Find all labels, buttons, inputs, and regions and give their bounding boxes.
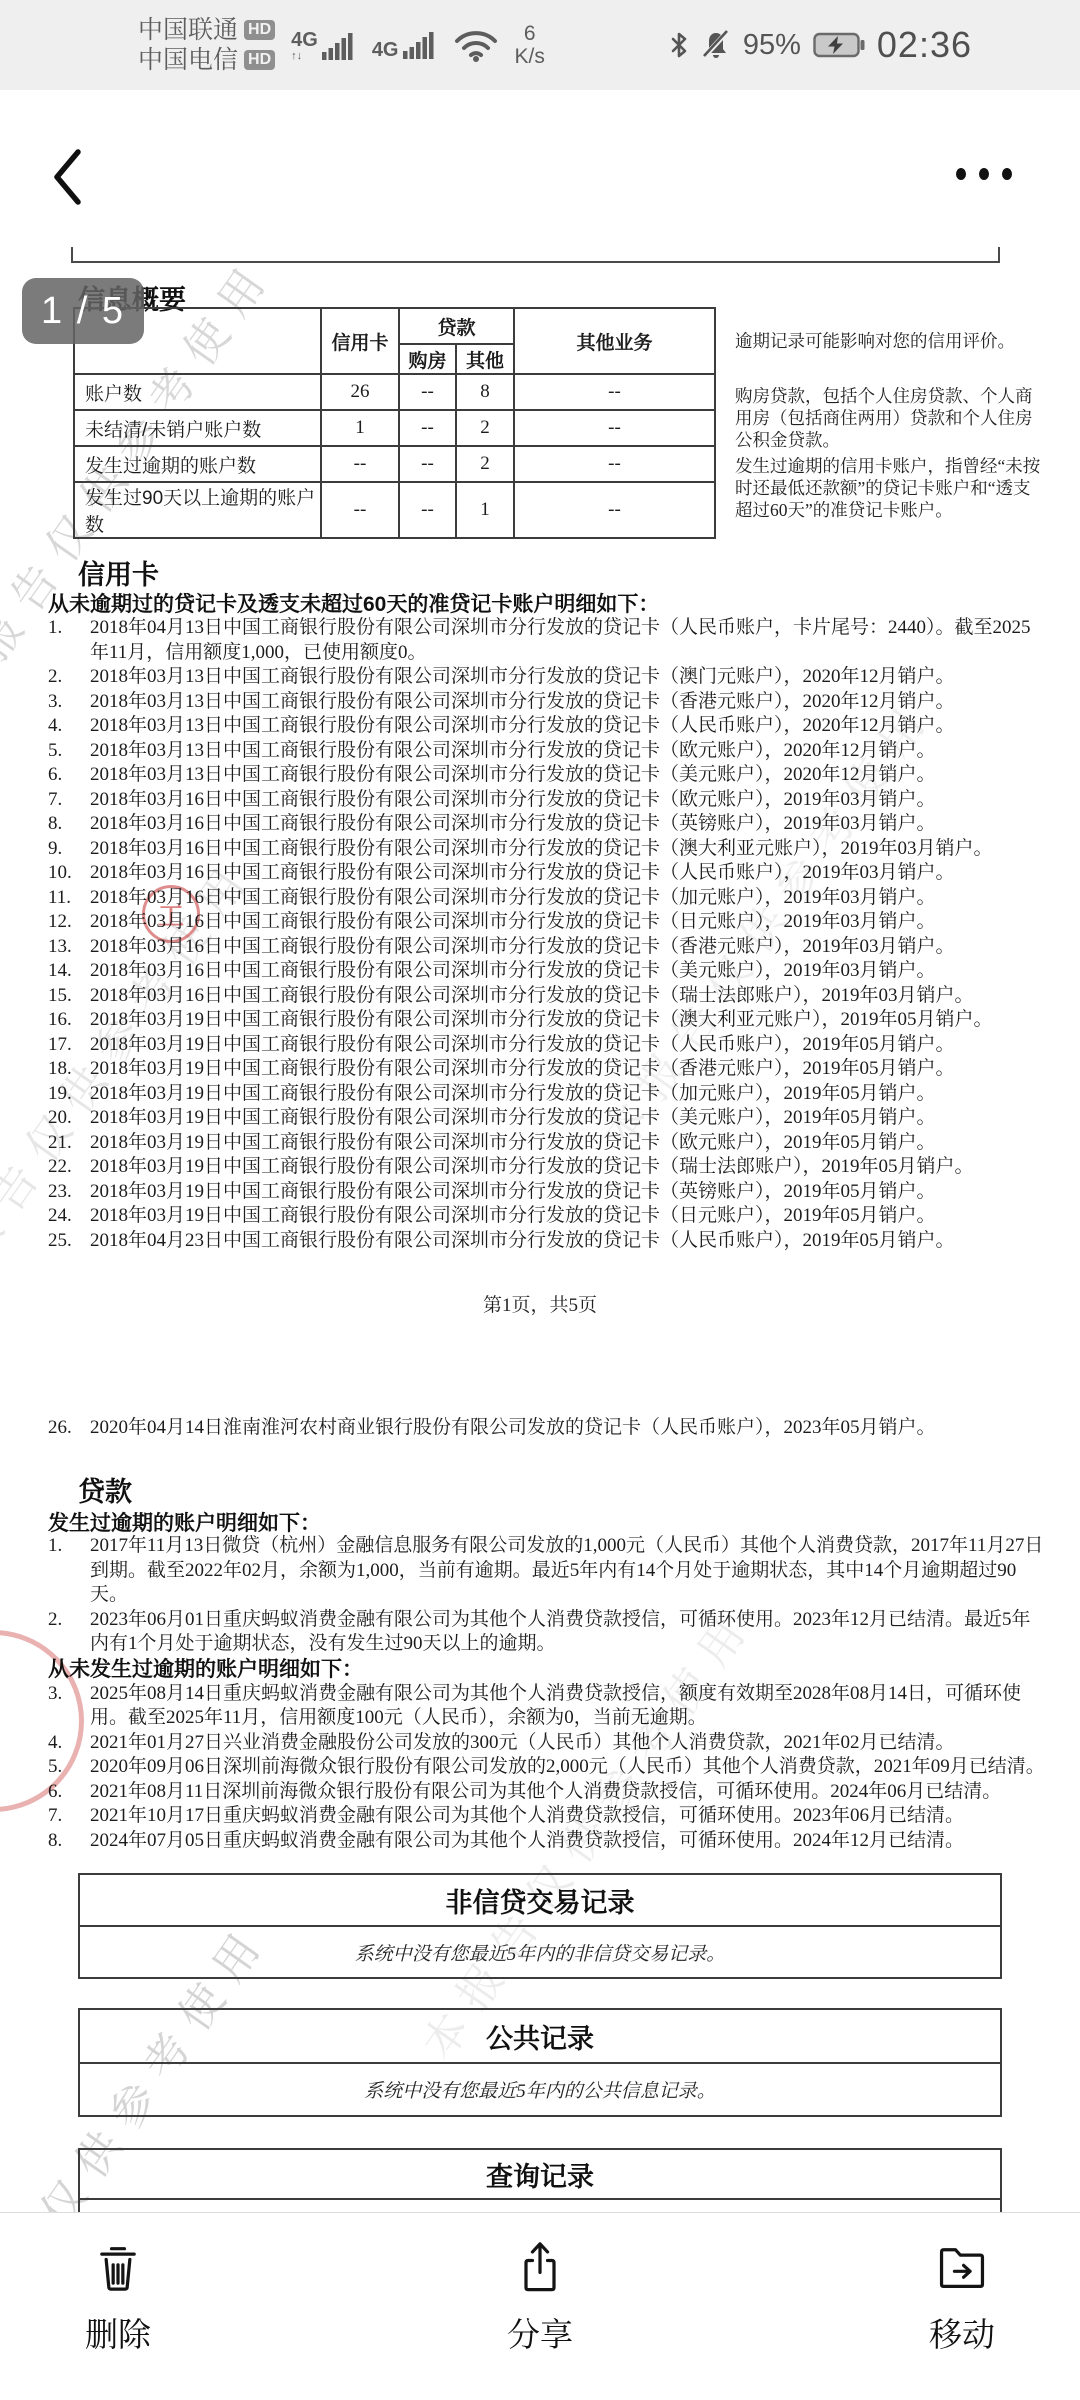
item-text: 2018年03月19日中国工商银行股份有限公司深圳市分行发放的贷记卡（欧元账户）…: [90, 1132, 936, 1153]
box-body: 系统中没有您最近5年内的公共信息记录。: [80, 2064, 1000, 2115]
signal-bars-icon: [403, 30, 437, 60]
credit-card-account-item: 22. 2018年03月19日中国工商银行股份有限公司深圳市分行发放的贷记卡（瑞…: [48, 1155, 1048, 1180]
item-number: 5.: [48, 1755, 62, 1780]
credit-card-account-item: 18. 2018年03月19日中国工商银行股份有限公司深圳市分行发放的贷记卡（香…: [48, 1057, 1048, 1082]
summary-table-row: 未结清/未销户账户数 1 -- 2 --: [74, 410, 715, 446]
delete-label: 删除: [85, 2309, 151, 2356]
page-indicator-badge: 1 / 5: [22, 278, 144, 344]
section-title-loan: 贷款: [78, 1470, 132, 1509]
loan-house-value: --: [399, 482, 456, 538]
status-clock: 02:36: [877, 24, 972, 66]
status-bar: 中国联通 HD 中国电信 HD 4G ↑↓ 4G: [0, 0, 1080, 90]
credit-card-value: --: [321, 482, 399, 538]
item-number: 19.: [48, 1082, 72, 1107]
share-button[interactable]: 分享: [475, 2213, 605, 2400]
item-text: 2020年04月14日淮南淮河农村商业银行股份有限公司发放的贷记卡（人民币账户）…: [90, 1417, 936, 1438]
item-text: 2018年03月16日中国工商银行股份有限公司深圳市分行发放的贷记卡（美元账户）…: [90, 960, 936, 981]
summary-note: 发生过逾期的信用卡账户，指曾经“未按时还最低还款额”的贷记卡账户和“透支超过60…: [735, 455, 1047, 521]
carrier-1: 中国联通: [138, 16, 238, 44]
carrier-labels: 中国联通 HD 中国电信 HD: [138, 16, 275, 74]
credit-card-account-list: 1. 2018年04月13日中国工商银行股份有限公司深圳市分行发放的贷记卡（人民…: [48, 616, 1048, 1253]
item-number: 8.: [48, 1829, 62, 1854]
move-label: 移动: [929, 2309, 995, 2356]
back-button[interactable]: [50, 148, 86, 206]
item-text: 2018年03月19日中国工商银行股份有限公司深圳市分行发放的贷记卡（瑞士法郎账…: [90, 1156, 974, 1177]
item-number: 20.: [48, 1106, 72, 1131]
item-text: 2017年11月13日微贷（杭州）金融信息服务有限公司发放的1,000元（人民币…: [90, 1535, 1043, 1605]
credit-card-account-item: 13. 2018年03月16日中国工商银行股份有限公司深圳市分行发放的贷记卡（香…: [48, 935, 1048, 960]
ellipsis-icon: [979, 168, 989, 180]
non-credit-record-box: 非信贷交易记录 系统中没有您最近5年内的非信贷交易记录。: [78, 1873, 1002, 1979]
summary-col-loan-other: 其他: [456, 344, 514, 374]
viewer-nav-bar: [0, 90, 1080, 230]
credit-card-account-item: 6. 2018年03月13日中国工商银行股份有限公司深圳市分行发放的贷记卡（美元…: [48, 763, 1048, 788]
loan-other-value: 2: [456, 446, 514, 482]
credit-card-account-item: 8. 2018年03月16日中国工商银行股份有限公司深圳市分行发放的贷记卡（英镑…: [48, 812, 1048, 837]
item-number: 9.: [48, 837, 62, 862]
item-text: 2018年03月19日中国工商银行股份有限公司深圳市分行发放的贷记卡（日元账户）…: [90, 1205, 936, 1226]
loan-other-value: 2: [456, 410, 514, 446]
credit-card-account-item: 17. 2018年03月19日中国工商银行股份有限公司深圳市分行发放的贷记卡（人…: [48, 1033, 1048, 1058]
item-text: 2023年06月01日重庆蚂蚁消费金融有限公司为其他个人消费贷款授信，可循环使用…: [90, 1609, 1031, 1655]
item-number: 11.: [48, 886, 71, 911]
item-number: 5.: [48, 739, 62, 764]
item-number: 1.: [48, 616, 62, 641]
loan-overdue-item: 2. 2023年06月01日重庆蚂蚁消费金融有限公司为其他个人消费贷款授信，可循…: [48, 1608, 1048, 1657]
item-number: 3.: [48, 690, 62, 715]
item-text: 2018年03月19日中国工商银行股份有限公司深圳市分行发放的贷记卡（英镑账户）…: [90, 1181, 936, 1202]
battery-charging-icon: [813, 31, 865, 59]
loan-never-overdue-item: 3. 2025年08月14日重庆蚂蚁消费金融有限公司为其他个人消费贷款授信，额度…: [48, 1682, 1048, 1731]
hd-badge: HD: [244, 20, 275, 40]
loan-never-overdue-subtitle: 从未发生过逾期的账户明细如下：: [48, 1657, 1048, 1682]
item-number: 26.: [48, 1416, 72, 1441]
loan-house-value: --: [399, 410, 456, 446]
item-number: 10.: [48, 861, 72, 886]
sim2-signal: 4G: [372, 30, 437, 60]
summary-table-row: 账户数 26 -- 8 --: [74, 374, 715, 410]
item-text: 2021年10月17日重庆蚂蚁消费金融有限公司为其他个人消费贷款授信，可循环使用…: [90, 1805, 964, 1826]
share-label: 分享: [507, 2309, 573, 2356]
loan-house-value: --: [399, 374, 456, 410]
item-number: 22.: [48, 1155, 72, 1180]
row-label: 发生过逾期的账户数: [74, 446, 321, 482]
battery-percent: 95%: [743, 29, 801, 62]
summary-note: 购房贷款，包括个人住房贷款、个人商用房（包括商住两用）贷款和个人住房公积金贷款。: [735, 385, 1047, 451]
credit-card-account-item: 9. 2018年03月16日中国工商银行股份有限公司深圳市分行发放的贷记卡（澳大…: [48, 837, 1048, 862]
summary-table-row: 发生过逾期的账户数 -- -- 2 --: [74, 446, 715, 482]
carrier-2: 中国电信: [138, 46, 238, 74]
summary-note: 逾期记录可能影响对您的信用评价。: [735, 330, 1047, 352]
loan-never-overdue-item: 5. 2020年09月06日深圳前海微众银行股份有限公司发放的2,000元（人民…: [48, 1755, 1048, 1780]
trash-icon: [90, 2239, 146, 2295]
item-text: 2018年04月23日中国工商银行股份有限公司深圳市分行发放的贷记卡（人民币账户…: [90, 1230, 955, 1251]
item-number: 6.: [48, 763, 62, 788]
loan-never-overdue-item: 6. 2021年08月11日深圳前海微众银行股份有限公司为其他个人消费贷款授信，…: [48, 1780, 1048, 1805]
item-number: 13.: [48, 935, 72, 960]
item-number: 1.: [48, 1534, 62, 1559]
item-text: 2018年03月16日中国工商银行股份有限公司深圳市分行发放的贷记卡（香港元账户…: [90, 936, 955, 957]
item-text: 2025年08月14日重庆蚂蚁消费金融有限公司为其他个人消费贷款授信，额度有效期…: [90, 1683, 1021, 1729]
row-label: 账户数: [74, 374, 321, 410]
summary-col-other-business: 其他业务: [514, 308, 715, 374]
item-text: 2018年03月13日中国工商银行股份有限公司深圳市分行发放的贷记卡（澳门元账户…: [90, 666, 955, 687]
item-number: 4.: [48, 1731, 62, 1756]
share-icon: [512, 2239, 568, 2295]
move-button[interactable]: 移动: [897, 2213, 1027, 2400]
item-text: 2018年03月19日中国工商银行股份有限公司深圳市分行发放的贷记卡（澳大利亚元…: [90, 1009, 993, 1030]
item-number: 7.: [48, 1804, 62, 1829]
signal-bars-icon: [322, 31, 356, 61]
credit-card-account-item: 25. 2018年04月23日中国工商银行股份有限公司深圳市分行发放的贷记卡（人…: [48, 1229, 1048, 1254]
ellipsis-icon: [956, 168, 966, 180]
loan-overdue-subtitle: 发生过逾期的账户明细如下：: [48, 1507, 321, 1537]
credit-card-account-item: 5. 2018年03月13日中国工商银行股份有限公司深圳市分行发放的贷记卡（欧元…: [48, 739, 1048, 764]
ellipsis-icon: [1002, 168, 1012, 180]
credit-card-account-item: 20. 2018年03月19日中国工商银行股份有限公司深圳市分行发放的贷记卡（美…: [48, 1106, 1048, 1131]
public-record-box: 公共记录 系统中没有您最近5年内的公共信息记录。: [78, 2008, 1002, 2117]
other-business-value: --: [514, 482, 715, 538]
credit-card-account-item: 24. 2018年03月19日中国工商银行股份有限公司深圳市分行发放的贷记卡（日…: [48, 1204, 1048, 1229]
item-text: 2018年03月13日中国工商银行股份有限公司深圳市分行发放的贷记卡（欧元账户）…: [90, 740, 936, 761]
credit-card-account-item: 10. 2018年03月16日中国工商银行股份有限公司深圳市分行发放的贷记卡（人…: [48, 861, 1048, 886]
credit-card-subtitle: 从未逾期过的贷记卡及透支未超过60天的准贷记卡账户明细如下：: [48, 588, 659, 618]
item-text: 2018年03月16日中国工商银行股份有限公司深圳市分行发放的贷记卡（加元账户）…: [90, 887, 936, 908]
credit-card-account-item: 12. 2018年03月16日中国工商银行股份有限公司深圳市分行发放的贷记卡（日…: [48, 910, 1048, 935]
row-label: 发生过90天以上逾期的账户数: [74, 482, 321, 538]
item-number: 14.: [48, 959, 72, 984]
box-body: 系统中没有您最近5年内的非信贷交易记录。: [80, 1927, 1000, 1977]
item-text: 2018年03月16日中国工商银行股份有限公司深圳市分行发放的贷记卡（日元账户）…: [90, 911, 936, 932]
item-text: 2018年03月16日中国工商银行股份有限公司深圳市分行发放的贷记卡（欧元账户）…: [90, 789, 936, 810]
item-number: 23.: [48, 1180, 72, 1205]
summary-table-row: 发生过90天以上逾期的账户数 -- -- 1 --: [74, 482, 715, 538]
item-text: 2018年03月13日中国工商银行股份有限公司深圳市分行发放的贷记卡（美元账户）…: [90, 764, 936, 785]
credit-card-account-item: 1. 2018年04月13日中国工商银行股份有限公司深圳市分行发放的贷记卡（人民…: [48, 616, 1048, 665]
item-text: 2024年07月05日重庆蚂蚁消费金融有限公司为其他个人消费贷款授信，可循环使用…: [90, 1830, 964, 1851]
document-viewer[interactable]: 本报告仅供参考使用 本报告仅供参考使用 本报告仅供参考使用 本报告仅供参考使用 …: [0, 230, 1080, 2212]
other-business-value: --: [514, 410, 715, 446]
item-text: 2018年04月13日中国工商银行股份有限公司深圳市分行发放的贷记卡（人民币账户…: [90, 617, 1031, 663]
credit-card-account-item: 16. 2018年03月19日中国工商银行股份有限公司深圳市分行发放的贷记卡（澳…: [48, 1008, 1048, 1033]
network-type-2: 4G: [372, 40, 399, 60]
item-number: 16.: [48, 1008, 72, 1033]
hd-badge: HD: [244, 50, 275, 70]
item-number: 18.: [48, 1057, 72, 1082]
item-text: 2018年03月19日中国工商银行股份有限公司深圳市分行发放的贷记卡（加元账户）…: [90, 1083, 936, 1104]
item-number: 4.: [48, 714, 62, 739]
section-title-credit-card: 信用卡: [78, 553, 159, 592]
other-business-value: --: [514, 374, 715, 410]
item-text: 2018年03月16日中国工商银行股份有限公司深圳市分行发放的贷记卡（人民币账户…: [90, 862, 955, 883]
wifi-icon: [453, 27, 499, 63]
summary-col-credit-card: 信用卡: [321, 308, 399, 374]
item-number: 2.: [48, 1608, 62, 1633]
box-title: 公共记录: [80, 2010, 1000, 2064]
box-title: 非信贷交易记录: [80, 1875, 1000, 1927]
item-number: 24.: [48, 1204, 72, 1229]
summary-col-loan-house: 购房: [399, 344, 456, 374]
folder-move-icon: [934, 2239, 990, 2295]
speed-unit: K/s: [515, 45, 545, 68]
item-text: 2018年03月19日中国工商银行股份有限公司深圳市分行发放的贷记卡（美元账户）…: [90, 1107, 936, 1128]
query-record-box: 查询记录: [78, 2148, 1002, 2212]
item-number: 2.: [48, 665, 62, 690]
summary-col-loan: 贷款: [399, 308, 514, 344]
credit-card-account-item: 21. 2018年03月19日中国工商银行股份有限公司深圳市分行发放的贷记卡（欧…: [48, 1131, 1048, 1156]
credit-card-account-item: 14. 2018年03月16日中国工商银行股份有限公司深圳市分行发放的贷记卡（美…: [48, 959, 1048, 984]
loan-account-lists: 1. 2017年11月13日微贷（杭州）金融信息服务有限公司发放的1,000元（…: [48, 1534, 1048, 1853]
summary-table: 信用卡 贷款 其他业务 购房 其他 账户数 26 -- 8 -- 未结清/未销户…: [73, 307, 716, 539]
item-text: 2020年09月06日深圳前海微众银行股份有限公司发放的2,000元（人民币）其…: [90, 1756, 1045, 1777]
credit-card-value: 1: [321, 410, 399, 446]
network-type-1: 4G: [291, 29, 318, 51]
loan-never-overdue-item: 8. 2024年07月05日重庆蚂蚁消费金融有限公司为其他个人消费贷款授信，可循…: [48, 1829, 1048, 1854]
credit-card-account-item: 7. 2018年03月16日中国工商银行股份有限公司深圳市分行发放的贷记卡（欧元…: [48, 788, 1048, 813]
item-number: 12.: [48, 910, 72, 935]
credit-card-account-item: 26. 2020年04月14日淮南淮河农村商业银行股份有限公司发放的贷记卡（人民…: [48, 1416, 1048, 1441]
credit-card-account-item: 4. 2018年03月13日中国工商银行股份有限公司深圳市分行发放的贷记卡（人民…: [48, 714, 1048, 739]
bell-muted-icon: [701, 30, 731, 60]
credit-card-account-item: 3. 2018年03月13日中国工商银行股份有限公司深圳市分行发放的贷记卡（香港…: [48, 690, 1048, 715]
loan-overdue-item: 1. 2017年11月13日微贷（杭州）金融信息服务有限公司发放的1,000元（…: [48, 1534, 1048, 1608]
item-text: 2018年03月16日中国工商银行股份有限公司深圳市分行发放的贷记卡（澳大利亚元…: [90, 838, 993, 859]
credit-card-value: 26: [321, 374, 399, 410]
item-number: 21.: [48, 1131, 72, 1156]
speed-value: 6: [524, 22, 536, 45]
credit-card-account-item: 15. 2018年03月16日中国工商银行股份有限公司深圳市分行发放的贷记卡（瑞…: [48, 984, 1048, 1009]
item-text: 2018年03月16日中国工商银行股份有限公司深圳市分行发放的贷记卡（英镑账户）…: [90, 813, 936, 834]
item-text: 2021年01月27日兴业消费金融股份公司发放的300元（人民币）其他个人消费贷…: [90, 1732, 955, 1753]
item-text: 2021年08月11日深圳前海微众银行股份有限公司为其他个人消费贷款授信，可循环…: [90, 1781, 1001, 1802]
item-number: 25.: [48, 1229, 72, 1254]
credit-card-account-item: 11. 2018年03月16日中国工商银行股份有限公司深圳市分行发放的贷记卡（加…: [48, 886, 1048, 911]
status-right-cluster: 95% 02:36: [669, 8, 972, 82]
loan-other-value: 8: [456, 374, 514, 410]
item-number: 3.: [48, 1682, 62, 1707]
credit-card-account-item: 23. 2018年03月19日中国工商银行股份有限公司深圳市分行发放的贷记卡（英…: [48, 1180, 1048, 1205]
item-text: 2018年03月13日中国工商银行股份有限公司深圳市分行发放的贷记卡（香港元账户…: [90, 691, 955, 712]
item-number: 8.: [48, 812, 62, 837]
page-footer: 第1页，共5页: [0, 1290, 1080, 1317]
loan-never-overdue-item: 7. 2021年10月17日重庆蚂蚁消费金融有限公司为其他个人消费贷款授信，可循…: [48, 1804, 1048, 1829]
item-number: 17.: [48, 1033, 72, 1058]
loan-house-value: --: [399, 446, 456, 482]
item-text: 2018年03月19日中国工商银行股份有限公司深圳市分行发放的贷记卡（香港元账户…: [90, 1058, 955, 1079]
item-text: 2018年03月16日中国工商银行股份有限公司深圳市分行发放的贷记卡（瑞士法郎账…: [90, 985, 974, 1006]
item-number: 7.: [48, 788, 62, 813]
item-text: 2018年03月13日中国工商银行股份有限公司深圳市分行发放的贷记卡（人民币账户…: [90, 715, 955, 736]
credit-card-account-item: 19. 2018年03月19日中国工商银行股份有限公司深圳市分行发放的贷记卡（加…: [48, 1082, 1048, 1107]
loan-never-overdue-item: 4. 2021年01月27日兴业消费金融股份公司发放的300元（人民币）其他个人…: [48, 1731, 1048, 1756]
bottom-toolbar: 删除 分享 移动: [0, 2212, 1080, 2400]
more-options-button[interactable]: [956, 168, 1012, 180]
row-label: 未结清/未销户账户数: [74, 410, 321, 446]
network-speed: 6 K/s: [515, 22, 545, 68]
chevron-left-icon: [50, 148, 86, 206]
sim1-signal: 4G ↑↓: [291, 30, 356, 61]
item-number: 15.: [48, 984, 72, 1009]
other-business-value: --: [514, 446, 715, 482]
delete-button[interactable]: 删除: [53, 2213, 183, 2400]
credit-card-account-item: 2. 2018年03月13日中国工商银行股份有限公司深圳市分行发放的贷记卡（澳门…: [48, 665, 1048, 690]
status-left-cluster: 中国联通 HD 中国电信 HD 4G ↑↓ 4G: [138, 8, 545, 82]
loan-other-value: 1: [456, 482, 514, 538]
box-body: [80, 2200, 1000, 2212]
data-activity-arrows: ↑↓: [291, 51, 318, 61]
credit-card-value: --: [321, 446, 399, 482]
previous-table-edge: [71, 249, 1000, 263]
item-text: 2018年03月19日中国工商银行股份有限公司深圳市分行发放的贷记卡（人民币账户…: [90, 1034, 955, 1055]
box-title: 查询记录: [80, 2150, 1000, 2200]
bluetooth-icon: [669, 30, 689, 60]
item-number: 6.: [48, 1780, 62, 1805]
